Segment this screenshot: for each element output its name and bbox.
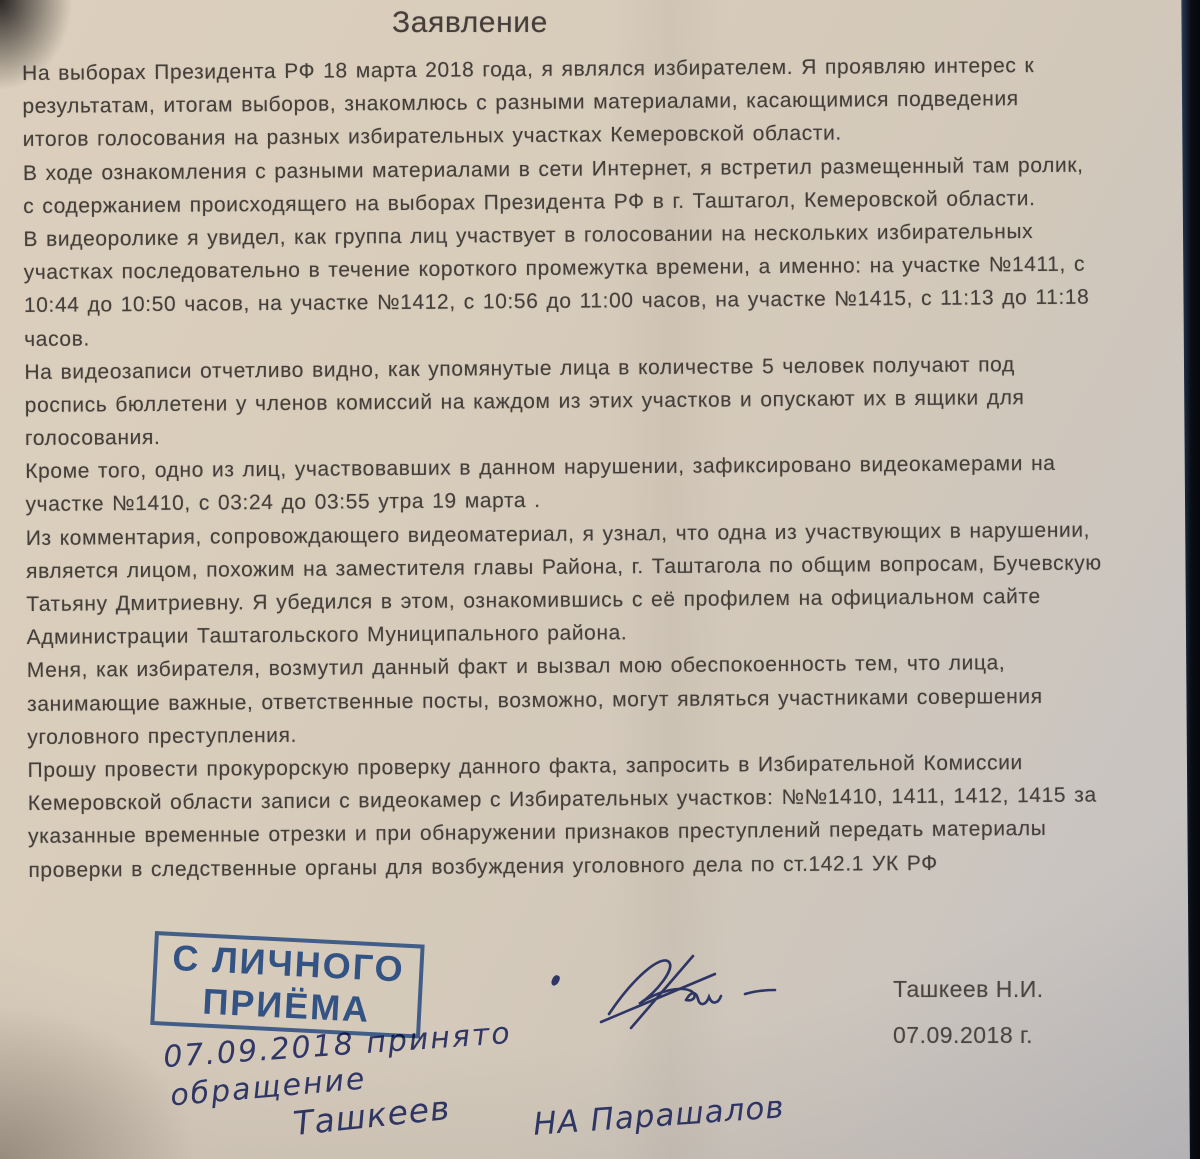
document-photo: Заявление На выборах Президента РФ 18 ма… — [0, 0, 1200, 1159]
signature-scribble — [595, 948, 795, 1033]
photo-shadow-bottomleft — [0, 939, 280, 1159]
photo-shadow-topleft — [0, 0, 110, 140]
ink-dot — [550, 974, 561, 987]
signer-date: 07.09.2018 г. — [893, 1022, 1033, 1049]
paper-sheet: Заявление На выборах Президента РФ 18 ма… — [0, 0, 1200, 1159]
document-title: Заявление — [392, 6, 548, 40]
signer-name: Ташкеев Н.И. — [893, 976, 1044, 1003]
document-body-text: На выборах Президента РФ 18 марта 2018 г… — [22, 49, 1104, 887]
